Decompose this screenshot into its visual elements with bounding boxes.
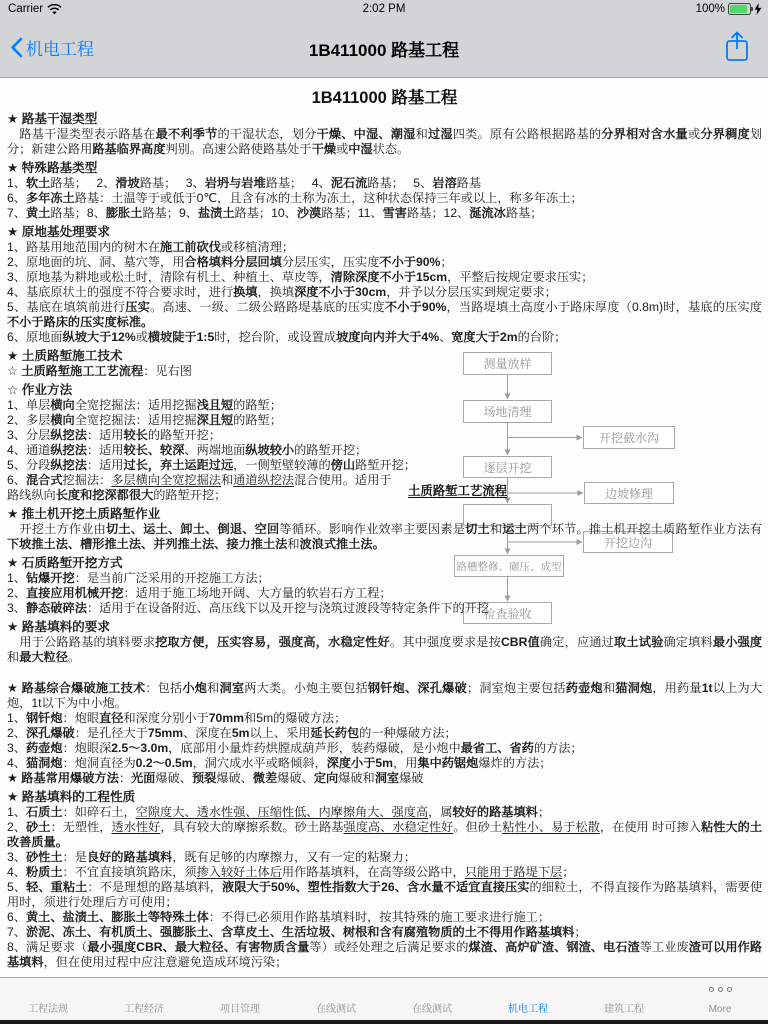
doc-line: ★ 路基常用爆破方法：光面爆破、预裂爆破、微差爆破、定向爆破和洞室爆破 bbox=[7, 771, 762, 786]
doc-line: 路线纵向长度和挖深都很大的路堑开挖； bbox=[7, 488, 762, 503]
doc-line: 1、软土路基； 2、滑坡路基； 3、岩坍与岩堆路基； 4、泥石流路基； 5、岩溶… bbox=[7, 176, 762, 191]
doc-line: 3、药壶炮：炮眼深2.5～3.0m，底部用小量炸药烘膛成葫芦形，装药爆破，是小炮… bbox=[7, 741, 762, 756]
share-button[interactable] bbox=[722, 30, 752, 64]
doc-line: 6、黄土、盐渍土、膨胀土等特殊土体：不得已必须用作路基填料时，按其特殊的施工要求… bbox=[7, 910, 762, 925]
doc-line: 5、分段纵挖法：适用过长，弃土运距过远，一侧堑壁较薄的傍山路堑开挖； bbox=[7, 458, 762, 473]
doc-line: 2、多层横向全宽挖掘法：适用挖掘深且短的路堑； bbox=[7, 413, 762, 428]
doc-line: 4、通道纵挖法：适用较长、较深、两端地面纵坡较小的路堑开挖； bbox=[7, 443, 762, 458]
back-chevron-icon bbox=[10, 37, 23, 58]
top-bar: Carrier 2:02 PM 100% bbox=[0, 0, 768, 78]
doc-line: 3、砂性土：是良好的路基填料，既有足够的内摩擦力，又有一定的粘聚力； bbox=[7, 850, 762, 865]
bottom-edge bbox=[0, 1020, 768, 1024]
doc-line: 6、多年冻土路基：土温等于或低于0℃，且含有冰的土称为冻土，这种状态保持三年或以… bbox=[7, 191, 762, 206]
doc-line: 6、混合式挖掘法：多层横向全宽挖掘法和通道纵挖法混合使用。适用于 bbox=[7, 473, 762, 488]
doc-line: ★ 路基综合爆破施工技术：包括小炮和洞室两大类。小炮主要包括钢钎炮、深孔爆破；洞… bbox=[7, 681, 762, 711]
tab-item-建筑工程[interactable]: 建筑工程 bbox=[576, 978, 672, 1020]
nav-bar: 机电工程 1B411000 路基工程 bbox=[0, 20, 768, 77]
doc-line: 1、钢钎炮：炮眼直径和深度分别小于70mm和5m的爆破方法； bbox=[7, 711, 762, 726]
tab-item-在线测试[interactable]: 在线测试 bbox=[288, 978, 384, 1020]
tab-item-机电工程[interactable]: 机电工程 bbox=[480, 978, 576, 1020]
doc-line: ☆ 作业方法 bbox=[7, 383, 762, 398]
tab-label: 在线测试 bbox=[288, 1000, 384, 1015]
tab-item-工程法规[interactable]: 工程法规 bbox=[0, 978, 96, 1020]
document-scroll-area[interactable]: 测量放样场地清理开挖截水沟逐层开挖边坡修理开挖边沟路槽整修、碾压、成型检查验收 … bbox=[0, 78, 768, 977]
tab-label: 工程经济 bbox=[96, 1000, 192, 1015]
tab-item-在线测试[interactable]: 在线测试 bbox=[384, 978, 480, 1020]
charging-bolt-icon bbox=[754, 3, 762, 15]
doc-line: 2、原地面的坑、洞、墓穴等，用合格填料分层回填分层压实，压实度不小于90%； bbox=[7, 255, 762, 270]
doc-line: 1、单层横向全宽挖掘法：适用挖掘浅且短的路堑； bbox=[7, 398, 762, 413]
tab-label: 工程法规 bbox=[0, 1000, 96, 1015]
doc-line: 开挖土方作业由切土、运土、卸土、倒退、空回等循环。影响作业效率主要因素是切土和运… bbox=[7, 522, 762, 552]
document-title: 1B411000 路基工程 bbox=[7, 84, 762, 108]
more-ellipsis-icon bbox=[672, 987, 768, 992]
doc-line: ★ 推土机开挖土质路堑作业 bbox=[7, 507, 762, 522]
doc-line: ★ 路基填料的工程性质 bbox=[7, 790, 762, 805]
battery-icon bbox=[728, 3, 751, 15]
doc-line: 4、猫洞炮：炮洞直径为0.2～0.5m，洞穴成水平或略倾斜，深度小于5m，用集中… bbox=[7, 756, 762, 771]
doc-line: 8、满足要求（最小强度CBR、最大粒径、有害物质含量等）或经处理之后满足要求的煤… bbox=[7, 940, 762, 970]
doc-line: ★ 土质路堑施工技术 bbox=[7, 349, 762, 364]
doc-line: ★ 特殊路基类型 bbox=[7, 161, 762, 176]
doc-line: 3、静态破碎法：适用于在设备附近、高压线下以及开挖与浇筑过渡段等特定条件下的开挖 bbox=[7, 601, 762, 616]
doc-line: 1、路基用地范围内的树木在施工前砍伐或移植清理； bbox=[7, 240, 762, 255]
document-body: 1B411000 路基工程 ★ 路基干湿类型 路基干湿类型表示路基在最不利季节的… bbox=[0, 84, 768, 970]
doc-line: 7、淤泥、冻土、有机质土、强膨胀土、含草皮土、生活垃圾、树根和含有腐殖物质的土不… bbox=[7, 925, 762, 940]
doc-line: 2、直接应用机械开挖：适用于施工场地开阔、大方量的软岩石方工程； bbox=[7, 586, 762, 601]
share-icon bbox=[724, 30, 750, 63]
tab-label: More bbox=[672, 1004, 768, 1015]
doc-line: ★ 路基干湿类型 bbox=[7, 112, 762, 127]
doc-line: 4、粉质土：不宜直接填筑路床，须掺入较好土体后用作路基填料，在高等级公路中，只能… bbox=[7, 865, 762, 880]
app-screen: Carrier 2:02 PM 100% bbox=[0, 0, 768, 1024]
doc-line: 路基干湿类型表示路基在最不利季节的干湿状态，划分干燥、中湿、潮湿和过湿四类。原有… bbox=[7, 127, 762, 157]
tab-item-工程经济[interactable]: 工程经济 bbox=[96, 978, 192, 1020]
doc-line: ★ 原地基处理要求 bbox=[7, 225, 762, 240]
doc-line: ☆ 土质路堑施工工艺流程：见右图 bbox=[7, 364, 762, 379]
doc-line: 5、轻、重粘土：不是理想的路基填料，液限大于50%、塑性指数大于26、含水量不适… bbox=[7, 880, 762, 910]
doc-line: 3、原地基为耕地或松土时，清除有机土、种植土、草皮等，清除深度不小于15cm，平… bbox=[7, 270, 762, 285]
tab-label: 项目管理 bbox=[192, 1000, 288, 1015]
flowchart-caption: 土质路堑工艺流程 bbox=[408, 481, 507, 499]
tab-label: 建筑工程 bbox=[576, 1000, 672, 1015]
doc-line: 7、黄土路基；8、膨胀土路基；9、盐渍土路基；10、沙漠路基；11、雪害路基；1… bbox=[7, 206, 762, 221]
doc-line: 2、深孔爆破：是孔径大于75mm、深度在5m以上、采用延长药包的一种爆破方法； bbox=[7, 726, 762, 741]
doc-line: 2、砂土：无塑性，透水性好，具有较大的摩擦系数。砂土路基强度高、水稳定性好。但砂… bbox=[7, 820, 762, 850]
doc-line: 3、分层纵挖法：适用较长的路堑开挖； bbox=[7, 428, 762, 443]
back-button-label: 机电工程 bbox=[26, 35, 94, 60]
tab-item-项目管理[interactable]: 项目管理 bbox=[192, 978, 288, 1020]
doc-line: 1、钻爆开挖：是当前广泛采用的开挖施工方法； bbox=[7, 571, 762, 586]
tab-label: 机电工程 bbox=[480, 1000, 576, 1015]
doc-line: 5、基底在填筑前进行压实。高速、一级、二级公路路堤基底的压实度不小于90%，当路… bbox=[7, 300, 762, 330]
tab-bar: 工程法规工程经济项目管理在线测试在线测试机电工程建筑工程More bbox=[0, 978, 768, 1020]
doc-line: 用于公路路基的填料要求挖取方便，压实容易，强度高，水稳定性好。其中强度要求是按C… bbox=[7, 635, 762, 665]
page-title: 1B411000 路基工程 bbox=[120, 36, 648, 61]
tab-item-More[interactable]: More bbox=[672, 978, 768, 1020]
back-button[interactable]: 机电工程 bbox=[10, 35, 94, 60]
battery-percent: 100% bbox=[696, 3, 725, 15]
doc-line: 4、基底原状土的强度不符合要求时，进行换填，换填深度不小于30cm，并予以分层压… bbox=[7, 285, 762, 300]
doc-line: ★ 石质路堑开挖方式 bbox=[7, 556, 762, 571]
clock: 2:02 PM bbox=[0, 3, 768, 15]
status-bar: Carrier 2:02 PM 100% bbox=[0, 0, 768, 20]
doc-line: 6、原地面纵坡大于12%或横坡陡于1:5时，挖台阶，或设置成坡度向内并大于4%、… bbox=[7, 330, 762, 345]
tab-label: 在线测试 bbox=[384, 1000, 480, 1015]
doc-line: 1、石质土：如碎石土，空隙度大、透水性强、压缩性低、内摩擦角大、强度高，属较好的… bbox=[7, 805, 762, 820]
doc-line: ★ 路基填料的要求 bbox=[7, 620, 762, 635]
